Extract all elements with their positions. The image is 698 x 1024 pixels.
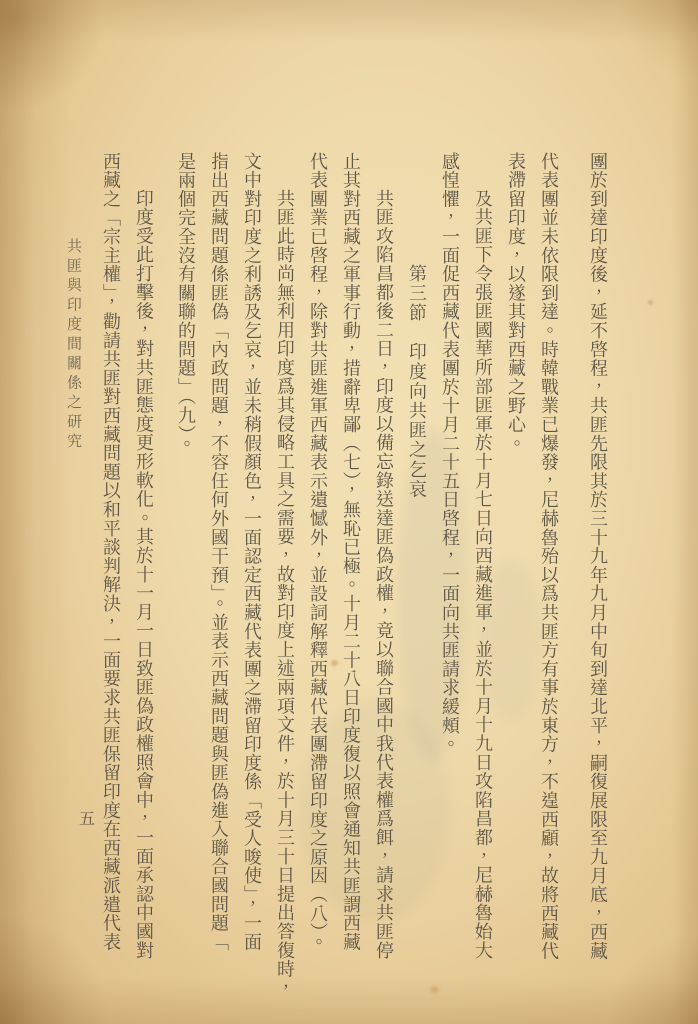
text-column: 印度受此打擊後，對共匪態度更形軟化。其於十一月一日致匪偽政權照會中，一面承認中國… [127, 152, 160, 1018]
scanned-book-page: { "document": { "margin_title": "共匪與印度間關… [0, 0, 698, 1024]
vertical-text-block: 團於到達印度後，延不啓程，共匪先限其於三十九年九月中旬到達北平，嗣復展限至九月底… [94, 152, 614, 1018]
section-heading: 第三節 印度向共匪之乞哀 [400, 152, 433, 1018]
text-column: 是兩個完全沒有關聯的問題」（九）。 [169, 152, 202, 1018]
text-column: 共匪此時尚無利用印度爲其侵略工具之需要，故對印度上述兩項文件，於十月三十日提出答… [268, 152, 301, 1018]
book-title-margin: 共匪與印度間關係之研究 [63, 238, 84, 453]
text-column: 止其對西藏之軍事行動，措辭卑鄙（七），無恥已極。十月二十八日印度復以照會通知共匪… [334, 152, 367, 1018]
text-column: 代表團並未依限到達。時韓戰業已爆發，尼赫魯殆以爲共匪方有事於東方，不遑西顧，故將… [532, 152, 565, 1018]
text-column: 文中對印度之利誘及乞哀，並未稍假顏色，一面認定西藏代表團之滯留印度係「受人唆使」… [235, 152, 268, 1018]
text-column: 及共匪下令張匪國華所部匪軍於十月七日向西藏進軍，並於十月十九日攻陷昌都，尼赫魯始… [466, 152, 499, 1018]
text-column: 團於到達印度後，延不啓程，共匪先限其於三十九年九月中旬到達北平，嗣復展限至九月底… [581, 152, 614, 1018]
text-column: 代表團業已啓程，除對共匪進軍西藏表示遺憾外，並設詞解釋西藏代表團滯留印度之原因（… [301, 152, 334, 1018]
text-column: 指出西藏問題係匪偽「內政問題，不容任何外國干預」。並表示西藏問題與匪偽進入聯合國… [202, 152, 235, 1018]
text-column: 表滯留印度，以遂其對西藏之野心。 [499, 152, 532, 1018]
page-number: 五 [79, 806, 95, 829]
text-column: 共匪攻陷昌都後二日，印度以備忘錄送達匪偽政權，竟以聯合國中我代表權爲餌，請求共匪… [367, 152, 400, 1018]
text-column: 西藏之「宗主權」，勸請共匪對西藏問題以和平談判解決，一面要求共匪保留印度在西藏派… [94, 152, 127, 1018]
text-column: 感惶懼，一面促西藏代表團於十月二十五日啓程，一面向共匪請求緩頰。 [433, 152, 466, 1018]
